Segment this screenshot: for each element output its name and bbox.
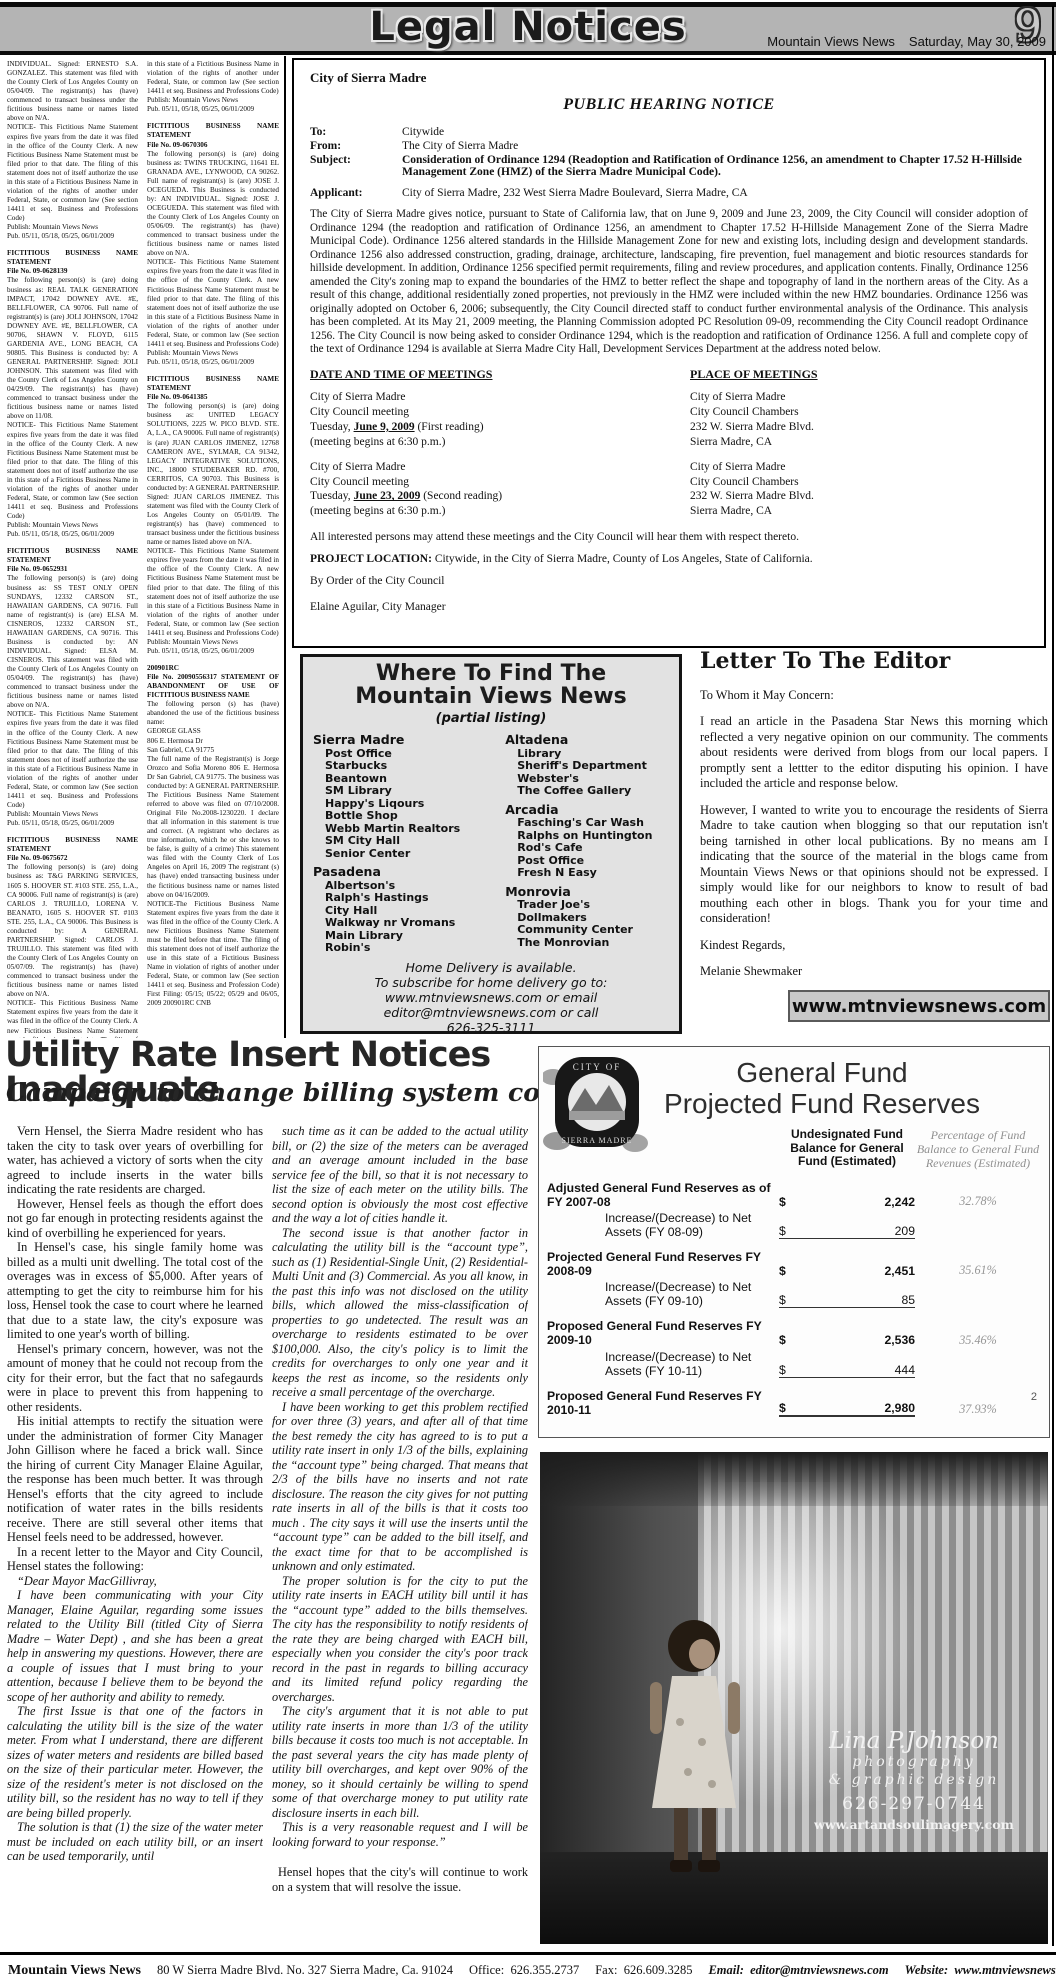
hearing-subject-row: Subject: Consideration of Ordinance 1294…	[310, 154, 1028, 178]
website-value: www.mtnviewsnews.com	[954, 1963, 1056, 1977]
findus-columns: Sierra Madre Post OfficeStarbucksBeantow…	[313, 728, 669, 955]
column-divider	[284, 56, 286, 1038]
abandon-address-1: 806 E. Hermosa Dr	[147, 737, 279, 746]
attend-note: All interested persons may attend these …	[310, 531, 1028, 543]
notice-file-no: File No. 09-0675672	[7, 854, 138, 863]
meeting-date-line: Tuesday, June 23, 2009 (Second reading)	[310, 489, 690, 504]
meeting-line: (meeting begins at 6:30 p.m.)	[310, 435, 690, 450]
place-line: City Council Chambers	[690, 475, 1028, 490]
legal-notice: INDIVIDUAL. Signed: ERNESTO S.A. GONZALE…	[7, 60, 138, 241]
notice-boilerplate: NOTICE- This Fictitious Name Statement e…	[7, 421, 138, 521]
hearing-body: The City of Sierra Madre gives notice, p…	[310, 208, 1028, 357]
fax-phone: 626.609.3285	[624, 1963, 693, 1977]
fund-balance-column-header: Undesignated Fund Balance for General Fu…	[779, 1128, 915, 1170]
findus-right-column: Altadena LibrarySheriff's DepartmentWebs…	[505, 728, 669, 955]
footer-paper-name: Mountain Views News	[8, 1963, 141, 1979]
notice-pub-dates: Pub. 05/11, 05/18, 05/25, 06/01/2009	[7, 530, 138, 539]
quote-paragraph: “Dear Mayor MacGillivray,	[7, 1574, 263, 1589]
sierra-madre-city-seal: CITY OF SIERRA MADRE	[543, 1051, 649, 1157]
fund-subrow-label: Increase/(Decrease) to Net Assets (FY 08…	[547, 1211, 779, 1239]
notice-body-2: The full name of the Registrant(s) is Jo…	[147, 755, 279, 900]
notice-ref: 200901RC	[147, 664, 279, 673]
to-value: Citywide	[402, 126, 1028, 138]
quote-paragraph: I have been working to get this problem …	[272, 1400, 528, 1574]
meetings-section: DATE AND TIME OF MEETINGS City of Sierra…	[310, 367, 1028, 530]
meeting-2-place: City of Sierra Madre City Council Chambe…	[690, 460, 1028, 520]
website-url: www.mtnviewsnews.com	[792, 996, 1046, 1017]
applicant-label: Applicant:	[310, 187, 402, 199]
place-line: Sierra Madre, CA	[690, 435, 1028, 450]
findus-location: Robin's	[313, 942, 505, 955]
home-delivery-line: 626-325-3111	[313, 1020, 669, 1034]
ad-name: Lina P.Johnson	[788, 1728, 1040, 1754]
fund-row-value: 2,980	[815, 1401, 915, 1417]
notice-title: FICTITIOUS BUSINESS NAME STATEMENT	[7, 249, 138, 267]
article-letter-quote: such time as it can be added to the actu…	[272, 1124, 528, 1849]
findus-location: SM Library	[313, 785, 505, 798]
findus-location: Bottle Shop	[313, 810, 505, 823]
meeting-line: City Council meeting	[310, 405, 690, 420]
findus-location: Rod's Cafe	[505, 842, 669, 855]
notice-body: The following person(s) is (are) doing b…	[7, 276, 138, 421]
article-paragraph: Vern Hensel, the Sierra Madre resident w…	[7, 1124, 263, 1197]
date-prefix: Tuesday,	[310, 490, 354, 502]
findus-location: Senior Center	[313, 848, 505, 861]
city-manager-signature: Elaine Aguilar, City Manager	[310, 601, 1028, 613]
article-paragraph: Hensel's primary concern, however, was n…	[7, 1342, 263, 1415]
abandon-address-2: San Gabriel, CA 91775	[147, 746, 279, 755]
top-valance	[540, 1452, 1048, 1506]
dollar-sign: $	[779, 1333, 815, 1347]
meetings-date-column: DATE AND TIME OF MEETINGS City of Sierra…	[310, 367, 690, 530]
letter-salutation: To Whom it May Concern:	[700, 688, 1048, 704]
article-paragraphs: Vern Hensel, the Sierra Madre resident w…	[7, 1124, 263, 1574]
fund-row-percentage: 35.61%	[915, 1263, 1041, 1278]
meeting-date: June 23, 2009	[354, 490, 421, 502]
general-fund-report: CITY OF SIERRA MADRE General Fund Projec…	[538, 1046, 1050, 1438]
fund-row: Projected General Fund Reserves FY 2008-…	[539, 1250, 1049, 1278]
legal-notice-abandonment: 200901RC File No. 20090556317 STATEMENT …	[147, 664, 279, 1008]
letter-to-editor: Letter To The Editor To Whom it May Conc…	[700, 648, 1048, 986]
fund-subrow: Increase/(Decrease) to Net Assets (FY 08…	[539, 1211, 1049, 1239]
dollar-sign: $	[779, 1264, 815, 1278]
findus-location: SM City Hall	[313, 835, 505, 848]
notice-title: FICTITIOUS BUSINESS NAME STATEMENT	[147, 375, 279, 393]
findus-location: Trader Joe's	[505, 899, 669, 912]
footer-website: Website: www.mtnviewsnews.com	[905, 1963, 1056, 1978]
ad-website: www.artandsoulimagery.com	[788, 1817, 1040, 1832]
footer-email: Email: editor@mtnviewsnews.com	[708, 1963, 888, 1978]
notice-boilerplate: NOTICE- This Fictitious Name Statement e…	[7, 123, 138, 223]
fund-title-line-1: General Fund	[595, 1057, 1049, 1088]
meeting-date-line: Tuesday, June 9, 2009 (First reading)	[310, 420, 690, 435]
home-delivery-line: Home Delivery is available.	[313, 960, 669, 975]
fund-row-percentage: 35.46%	[915, 1333, 1041, 1348]
fund-row: Proposed General Fund Reserves FY 2009-1…	[539, 1319, 1049, 1347]
letter-paragraph: However, I wanted to write you to encour…	[700, 803, 1048, 927]
page-footer: Mountain Views News 80 W Sierra Madre Bl…	[0, 1952, 1056, 1986]
quote-paragraph: I have been communicating with your City…	[7, 1588, 263, 1704]
place-heading: PLACE OF MEETINGS	[690, 367, 1028, 382]
findus-city-name: Arcadia	[505, 803, 669, 817]
fund-row-value: 2,242	[815, 1195, 915, 1209]
notice-body: The following person(s) is (are) doing b…	[147, 150, 279, 259]
findus-location: Walkway nr Vromans	[313, 917, 505, 930]
home-delivery-note: Home Delivery is available.To subscribe …	[313, 960, 669, 1034]
findus-city-group: Pasadena Albertson'sRalph's HastingsCity…	[313, 865, 505, 955]
notice-file-no: File No. 09-0670306	[147, 141, 279, 150]
public-hearing-notice-box: City of Sierra Madre PUBLIC HEARING NOTI…	[292, 58, 1046, 648]
findus-city-name: Sierra Madre	[313, 733, 505, 747]
legal-notice: FICTITIOUS BUSINESS NAME STATEMENT File …	[7, 249, 138, 539]
notice-boilerplate: NOTICE- This Fictitious Name Statement e…	[7, 710, 138, 810]
ad-service-1: photography	[788, 1754, 1040, 1772]
meeting-line: City of Sierra Madre	[310, 390, 690, 405]
findus-city-group: Altadena LibrarySheriff's DepartmentWebs…	[505, 733, 669, 798]
findus-city-items: Albertson'sRalph's HastingsCity HallWalk…	[313, 880, 505, 955]
fax-label: Fax:	[595, 1963, 617, 1977]
notice-pub-dates: Pub. 05/11, 05/18, 05/25, 06/01/2009	[147, 105, 279, 114]
quote-paragraph: The solution is that (1) the size of the…	[7, 1820, 263, 1864]
date-suffix: (First reading)	[415, 421, 484, 433]
findus-city-group: Sierra Madre Post OfficeStarbucksBeantow…	[313, 733, 505, 860]
notice-publish: Publish: Mountain Views News	[7, 223, 138, 232]
notice-file-no: File No. 09-0641385	[147, 393, 279, 402]
findus-title-line-1: Where To Find The	[313, 662, 669, 685]
masthead: Mountain Views NewsSaturday, May 30, 200…	[767, 34, 1046, 49]
meeting-line: City Council meeting	[310, 475, 690, 490]
website-banner: www.mtnviewsnews.com	[788, 990, 1050, 1022]
email-label: Email:	[708, 1963, 743, 1977]
findus-location: Fresh N Easy	[505, 867, 669, 880]
letter-closing: Kindest Regards,	[700, 938, 1048, 954]
notice-title: File No. 20090556317 STATEMENT OF ABANDO…	[147, 673, 279, 700]
fund-row-label: Proposed General Fund Reserves FY 2010-1…	[547, 1389, 779, 1417]
dollar-sign: $	[779, 1224, 815, 1239]
fund-title-line-2: Projected Fund Reserves	[595, 1088, 1049, 1119]
ad-text-block: Lina P.Johnson photography & graphic des…	[788, 1728, 1040, 1832]
notice-publish: Publish: Mountain Views News	[7, 810, 138, 819]
findus-location: Ralph's Hastings	[313, 892, 505, 905]
notice-title: FICTITIOUS BUSINESS NAME STATEMENT	[7, 547, 138, 565]
place-line: Sierra Madre, CA	[690, 504, 1028, 519]
fund-row: Proposed General Fund Reserves FY 2010-1…	[539, 1389, 1049, 1417]
fund-row-label: Adjusted General Fund Reserves as of FY …	[547, 1181, 779, 1209]
page-header: Legal Notices 9 Mountain Views NewsSatur…	[0, 2, 1056, 55]
meeting-1-datetime: City of Sierra Madre City Council meetin…	[310, 390, 690, 450]
project-location: PROJECT LOCATION: Citywide, in the City …	[310, 553, 1028, 565]
hearing-to-row: To: Citywide	[310, 126, 1028, 138]
ad-service-2: & graphic design	[788, 1772, 1040, 1790]
notice-body: in this state of a Fictitious Business N…	[147, 60, 279, 96]
findus-location: Fasching's Car Wash	[505, 817, 669, 830]
date-heading: DATE AND TIME OF MEETINGS	[310, 367, 690, 382]
quote-paragraph: The second issue is that another factor …	[272, 1226, 528, 1400]
article-paragraph: However, Hensel feels as though the effo…	[7, 1197, 263, 1241]
where-to-find-box: Where To Find The Mountain Views News (p…	[300, 654, 682, 1034]
fund-subrow-label: Increase/(Decrease) to Net Assets (FY 10…	[547, 1350, 779, 1378]
subject-value: Consideration of Ordinance 1294 (Readopt…	[402, 154, 1028, 178]
article-column-2: such time as it can be added to the actu…	[272, 1124, 528, 1948]
photography-ad: Lina P.Johnson photography & graphic des…	[540, 1452, 1048, 1944]
findus-subtitle: (partial listing)	[313, 711, 669, 726]
dollar-sign: $	[779, 1363, 815, 1378]
to-label: To:	[310, 126, 402, 138]
notice-publish: Publish: Mountain Views News	[147, 96, 279, 105]
hearing-from-row: From: The City of Sierra Madre	[310, 140, 1028, 152]
fund-percentage-column-header: Percentage of Fund Balance to General Fu…	[915, 1128, 1041, 1170]
letter-signature: Melanie Shewmaker	[700, 964, 1048, 980]
quote-paragraph: The city's argument that it is not able …	[272, 1704, 528, 1820]
dollar-sign: $	[779, 1401, 815, 1417]
findus-city-name: Monrovia	[505, 885, 669, 899]
fund-subrow: Increase/(Decrease) to Net Assets (FY 10…	[539, 1350, 1049, 1378]
fund-row-label: Projected General Fund Reserves FY 2008-…	[547, 1250, 779, 1278]
hearing-org: City of Sierra Madre	[310, 70, 1028, 86]
date-suffix: (Second reading)	[420, 490, 502, 502]
notice-body: The following person (s) has (have) aban…	[147, 700, 279, 727]
footer-office: Office: 626.355.2737	[469, 1963, 579, 1978]
fund-subrow-value: 85	[815, 1293, 915, 1308]
notice-pub-dates: Pub. 05/11, 05/18, 05/25, 06/01/2009	[7, 232, 138, 241]
notice-boilerplate: NOTICE- This Fictitious Name Statement e…	[147, 547, 279, 638]
email-value: editor@mtnviewsnews.com	[750, 1963, 889, 1977]
article-closing: Hensel hopes that the city's will contin…	[272, 1865, 528, 1894]
masthead-date: Saturday, May 30, 2009	[909, 34, 1046, 49]
place-line: 232 W. Sierra Madre Blvd.	[690, 420, 1028, 435]
findus-city-name: Pasadena	[313, 865, 505, 879]
fund-row-percentage: 37.93%	[915, 1402, 1041, 1417]
fund-subrow-value: 209	[815, 1224, 915, 1239]
fund-row-value: 2,536	[815, 1333, 915, 1347]
findus-city-items: Post OfficeStarbucksBeantownSM LibraryHa…	[313, 748, 505, 861]
legal-notice: in this state of a Fictitious Business N…	[147, 60, 279, 114]
from-value: The City of Sierra Madre	[402, 140, 1028, 152]
notice-boilerplate: NOTICE- This Fictitious Name Statement e…	[147, 258, 279, 349]
date-prefix: Tuesday,	[310, 421, 354, 433]
notice-pub-dates: Pub. 05/11, 05/18, 05/25, 06/01/2009	[147, 358, 279, 367]
floor	[540, 1852, 1048, 1944]
quote-paragraph: This is a very reasonable request and I …	[272, 1820, 528, 1849]
legal-notices-column-1: INDIVIDUAL. Signed: ERNESTO S.A. GONZALE…	[7, 60, 138, 1038]
seal-text-top: CITY OF	[573, 1062, 621, 1072]
legal-notice: FICTITIOUS BUSINESS NAME STATEMENT File …	[147, 122, 279, 367]
notice-publish: Publish: Mountain Views News	[147, 638, 279, 647]
notice-publish: Publish: Mountain Views News	[147, 349, 279, 358]
meeting-1-place: City of Sierra Madre City Council Chambe…	[690, 390, 1028, 450]
notice-publish: Publish: Mountain Views News	[7, 521, 138, 530]
article-column-1: Vern Hensel, the Sierra Madre resident w…	[7, 1124, 263, 1948]
place-line: City of Sierra Madre	[690, 390, 1028, 405]
applicant-value: City of Sierra Madre, 232 West Sierra Ma…	[402, 187, 1028, 199]
notice-file-no: File No. 09-0652931	[7, 565, 138, 574]
abandon-name: GEORGE GLASS	[147, 727, 279, 736]
page-edge-line	[1052, 6, 1054, 1946]
office-label: Office:	[469, 1963, 504, 1977]
fund-row-label: Proposed General Fund Reserves FY 2009-1…	[547, 1319, 779, 1347]
notice-pub-dates: Pub. 05/11, 05/18, 05/25, 06/01/2009	[7, 819, 138, 828]
findus-city-items: Trader Joe'sDollmakersCommunity CenterTh…	[505, 899, 669, 949]
notice-file-no: File No. 09-0628139	[7, 267, 138, 276]
quote-paragraph: The proper solution is for the city to p…	[272, 1574, 528, 1705]
place-line: City Council Chambers	[690, 405, 1028, 420]
legal-notices-column-2: in this state of a Fictitious Business N…	[147, 60, 279, 1038]
legal-notice: FICTITIOUS BUSINESS NAME STATEMENT File …	[7, 547, 138, 828]
website-label: Website:	[905, 1963, 949, 1977]
seal-text-bottom: SIERRA MADRE	[562, 1136, 633, 1145]
girl-silhouette	[632, 1612, 760, 1880]
notice-title: FICTITIOUS BUSINESS NAME STATEMENT	[147, 122, 279, 140]
notice-boilerplate: NOTICE- This Fictitious Business Name St…	[7, 999, 138, 1038]
findus-title: Where To Find The Mountain Views News	[313, 662, 669, 708]
legal-notice: FICTITIOUS BUSINESS NAME STATEMENT File …	[147, 375, 279, 656]
notice-body: The following person(s) is (are) doing b…	[7, 574, 138, 710]
office-phone: 626.355.2737	[510, 1963, 579, 1977]
findus-location: The Coffee Gallery	[505, 785, 669, 798]
fund-row-value: 2,451	[815, 1264, 915, 1278]
subject-label: Subject:	[310, 154, 402, 178]
dollar-sign: $	[779, 1293, 815, 1308]
fund-subrow: Increase/(Decrease) to Net Assets (FY 09…	[539, 1280, 1049, 1308]
findus-city-name: Altadena	[505, 733, 669, 747]
home-delivery-line: www.mtnviewsnews.com or email	[313, 990, 669, 1005]
fund-row-percentage: 32.78%	[915, 1194, 1041, 1209]
notice-pub-dates: Pub. 05/11, 05/18, 05/25, 06/01/2009	[147, 647, 279, 656]
meetings-place-column: PLACE OF MEETINGS City of Sierra Madre C…	[690, 367, 1028, 530]
findus-city-group: Arcadia Fasching's Car WashRalphs on Hun…	[505, 803, 669, 880]
home-delivery-line: To subscribe for home delivery go to:	[313, 975, 669, 990]
fund-row: Adjusted General Fund Reserves as of FY …	[539, 1181, 1049, 1209]
masthead-paper-name: Mountain Views News	[767, 34, 895, 49]
meeting-line: (meeting begins at 6:30 p.m.)	[310, 504, 690, 519]
project-location-label: PROJECT LOCATION:	[310, 553, 432, 565]
findus-location: Sheriff's Department	[505, 760, 669, 773]
slide-page-number: 2	[1031, 1391, 1037, 1403]
notice-body: INDIVIDUAL. Signed: ERNESTO S.A. GONZALE…	[7, 60, 138, 123]
from-label: From:	[310, 140, 402, 152]
article-paragraph: Hensel hopes that the city's will contin…	[272, 1865, 528, 1894]
hearing-applicant-row: Applicant: City of Sierra Madre, 232 Wes…	[310, 187, 1028, 199]
findus-location: Community Center	[505, 924, 669, 937]
findus-title-line-2: Mountain Views News	[313, 685, 669, 708]
notice-title: FICTITIOUS BUSINESS NAME STATEMENT	[7, 836, 138, 854]
findus-left-column: Sierra Madre Post OfficeStarbucksBeantow…	[313, 728, 505, 955]
ad-phone: 626-297-0744	[788, 1794, 1040, 1814]
meeting-2-datetime: City of Sierra Madre City Council meetin…	[310, 460, 690, 520]
by-order-line: By Order of the City Council	[310, 575, 1028, 587]
notice-body: The following person(s) is (are) doing b…	[147, 402, 279, 547]
footer-fax: Fax: 626.609.3285	[595, 1963, 692, 1978]
dollar-sign: $	[779, 1195, 815, 1209]
project-location-value: Citywide, in the City of Sierra Madre, C…	[435, 553, 813, 565]
letter-title: Letter To The Editor	[700, 648, 1048, 676]
meeting-line: City of Sierra Madre	[310, 460, 690, 475]
findus-city-items: Fasching's Car WashRalphs on HuntingtonR…	[505, 817, 669, 880]
article-paragraph: In Hensel's case, his single family home…	[7, 1240, 263, 1342]
legal-notice: FICTITIOUS BUSINESS NAME STATEMENT File …	[7, 836, 138, 1038]
footer-address: 80 W Sierra Madre Blvd. No. 327 Sierra M…	[157, 1963, 453, 1978]
quote-paragraph: The first Issue is that one of the facto…	[7, 1704, 263, 1820]
meeting-date: June 9, 2009	[354, 421, 415, 433]
quote-paragraph: such time as it can be added to the actu…	[272, 1124, 528, 1226]
notice-body: The following person(s) is (are) doing b…	[7, 863, 138, 999]
fund-subrow-label: Increase/(Decrease) to Net Assets (FY 09…	[547, 1280, 779, 1308]
findus-city-items: LibrarySheriff's DepartmentWebster'sThe …	[505, 748, 669, 798]
findus-city-group: Monrovia Trader Joe'sDollmakersCommunity…	[505, 885, 669, 950]
article-letter-quote: “Dear Mayor MacGillivray,I have been com…	[7, 1574, 263, 1864]
article-paragraph: In a recent letter to the Mayor and City…	[7, 1545, 263, 1574]
findus-location: The Monrovian	[505, 937, 669, 950]
fund-subrow-value: 444	[815, 1363, 915, 1378]
notice-boilerplate: NOTICE-The Fictitious Business Name Stat…	[147, 900, 279, 1009]
article-paragraph: His initial attempts to rectify the situ…	[7, 1414, 263, 1545]
letter-paragraph: I read an article in the Pasadena Star N…	[700, 714, 1048, 792]
place-line: City of Sierra Madre	[690, 460, 1028, 475]
hearing-title: PUBLIC HEARING NOTICE	[310, 96, 1028, 114]
home-delivery-line: editor@mtnviewsnews.com or call	[313, 1005, 669, 1020]
findus-location: Starbucks	[313, 760, 505, 773]
place-line: 232 W. Sierra Madre Blvd.	[690, 489, 1028, 504]
